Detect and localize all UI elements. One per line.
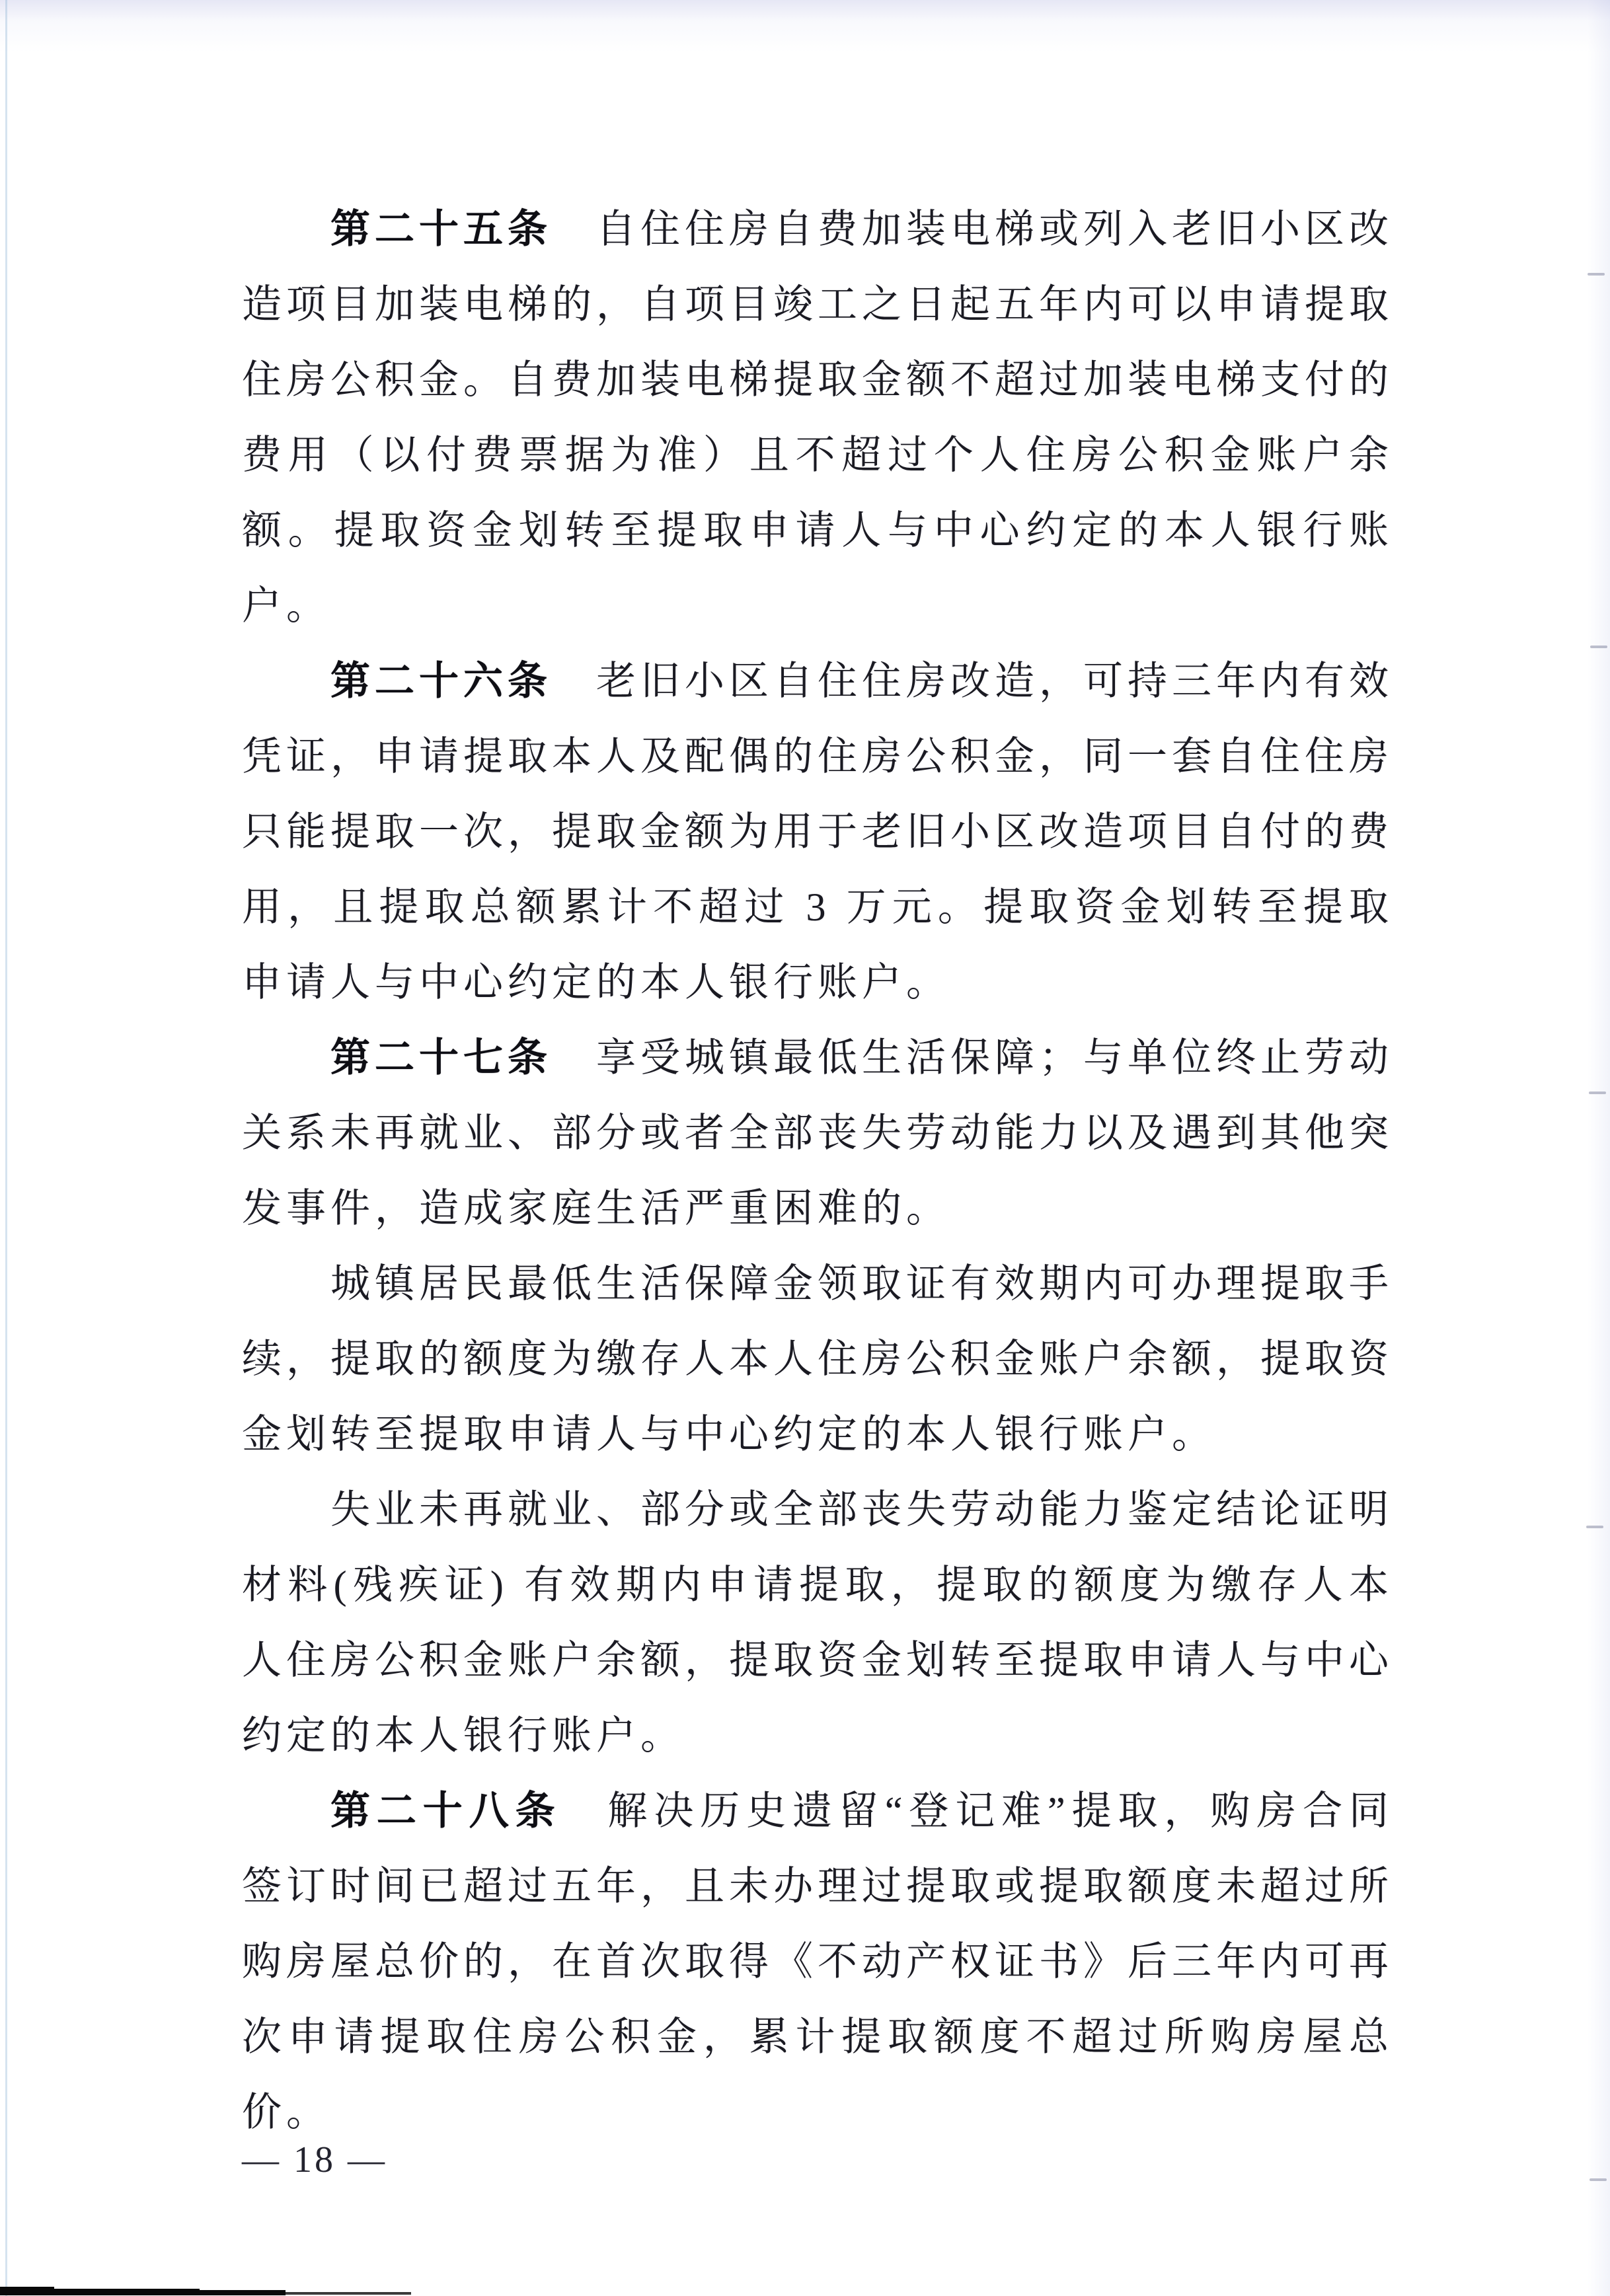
article-28-number: 第二十八条 (330, 1789, 562, 1833)
scan-artifact-edge-dash (1590, 2178, 1607, 2181)
page-number: — 18 — (242, 2139, 387, 2180)
article-28-body: 解决历史遗留“登记难”提取，购房合同签订时间已超过五年，且未办理过提取或提取额度… (242, 1789, 1393, 2134)
article-26-body: 老旧小区自住住房改造，可持三年内有效凭证，申请提取本人及配偶的住房公积金，同一套… (242, 659, 1393, 1004)
article-26-number: 第二十六条 (330, 659, 552, 703)
article-25-paragraph: 第二十五条 自住住房自费加装电梯或列入老旧小区改造项目加装电梯的，自项目竣工之日… (242, 192, 1393, 644)
scan-noise-top (0, 0, 1610, 53)
scan-artifact-bottom-bar (286, 2292, 411, 2295)
scan-artifact-edge-dash (1588, 273, 1605, 276)
scan-noise-right (1588, 0, 1610, 2296)
scan-artifact-bottom-bar (200, 2290, 286, 2295)
scan-artifact-bottom-bar (54, 2289, 200, 2295)
article-28-paragraph: 第二十八条 解决历史遗留“登记难”提取，购房合同签订时间已超过五年，且未办理过提… (242, 1773, 1393, 2150)
article-27-subparagraph-2: 失业未再就业、部分或全部丧失劳动能力鉴定结论证明材料(残疾证) 有效期内申请提取… (242, 1472, 1393, 1773)
scan-artifact-edge-dash (1590, 646, 1607, 648)
article-27-sub1-body: 城镇居民最低生活保障金领取证有效期内可办理提取手续，提取的额度为缴存人本人住房公… (242, 1262, 1393, 1456)
article-25-number: 第二十五条 (330, 207, 552, 251)
article-25-body: 自住住房自费加装电梯或列入老旧小区改造项目加装电梯的，自项目竣工之日起五年内可以… (242, 207, 1393, 628)
page-fold-line (5, 0, 7, 2296)
scan-artifact-edge-dash (1586, 1526, 1603, 1528)
scan-artifact-edge-dash (1589, 1092, 1606, 1094)
article-27-number: 第二十七条 (330, 1036, 552, 1080)
article-27-subparagraph-1: 城镇居民最低生活保障金领取证有效期内可办理提取手续，提取的额度为缴存人本人住房公… (242, 1246, 1393, 1472)
scan-artifact-bottom-bar (0, 2287, 54, 2295)
document-page: 第二十五条 自住住房自费加装电梯或列入老旧小区改造项目加装电梯的，自项目竣工之日… (0, 0, 1610, 2296)
document-text-block: 第二十五条 自住住房自费加装电梯或列入老旧小区改造项目加装电梯的，自项目竣工之日… (242, 192, 1393, 2150)
article-26-paragraph: 第二十六条 老旧小区自住住房改造，可持三年内有效凭证，申请提取本人及配偶的住房公… (242, 644, 1393, 1020)
article-27-paragraph: 第二十七条 享受城镇最低生活保障；与单位终止劳动关系未再就业、部分或者全部丧失劳… (242, 1020, 1393, 1246)
article-27-sub2-body: 失业未再就业、部分或全部丧失劳动能力鉴定结论证明材料(残疾证) 有效期内申请提取… (242, 1488, 1393, 1758)
